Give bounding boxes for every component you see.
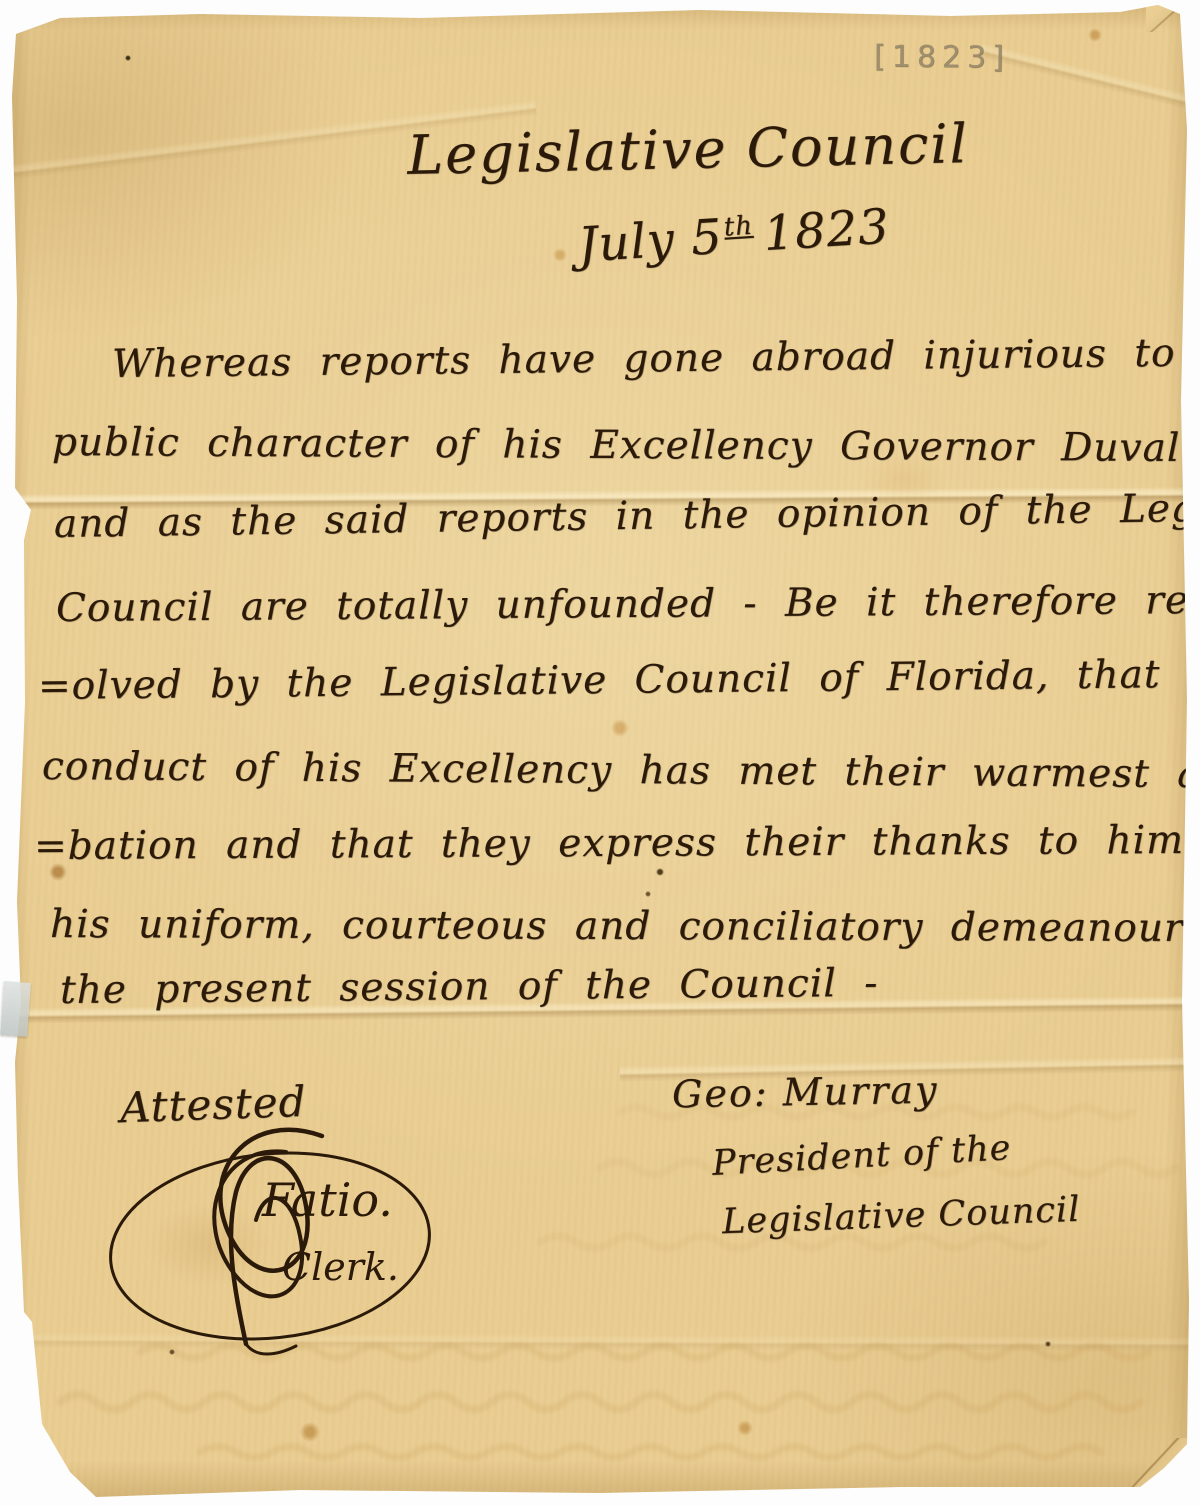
president-signature-name: Geo: Murray — [672, 1068, 939, 1117]
body-line: the present session of the Council - — [60, 961, 879, 1013]
repair-tape — [0, 981, 31, 1037]
body-line: public character of his Excellency Gover… — [52, 420, 1180, 471]
body-line: Council are totally unfounded - Be it th… — [56, 578, 1200, 631]
body-line: =bation and that they express their than… — [34, 817, 1200, 869]
clerk-signature-flourish: Fatio. Clerk. — [60, 1118, 490, 1368]
clerk-signature-role: Clerk. — [282, 1245, 399, 1289]
date-year: 1823 — [762, 199, 891, 263]
body-line: his uniform, courteous and conciliatory … — [50, 902, 1200, 952]
paper-sheet: [1823] Legislative Council July 5th1823 … — [0, 0, 1200, 1506]
document-title: Legislative Council — [407, 112, 970, 187]
body-line: conduct of his Excellency has met their … — [42, 744, 1200, 798]
folded-corner-bottom-right — [1128, 1438, 1192, 1492]
scanned-document: [1823] Legislative Council July 5th1823 … — [0, 0, 1200, 1506]
folded-corner-top-right — [1146, 2, 1188, 32]
date-prefix: July 5 — [577, 209, 725, 274]
date-ordinal-suffix: th — [723, 211, 754, 243]
clerk-signature-name: Fatio. — [261, 1173, 393, 1227]
archival-year-note: [1823] — [874, 39, 1010, 75]
